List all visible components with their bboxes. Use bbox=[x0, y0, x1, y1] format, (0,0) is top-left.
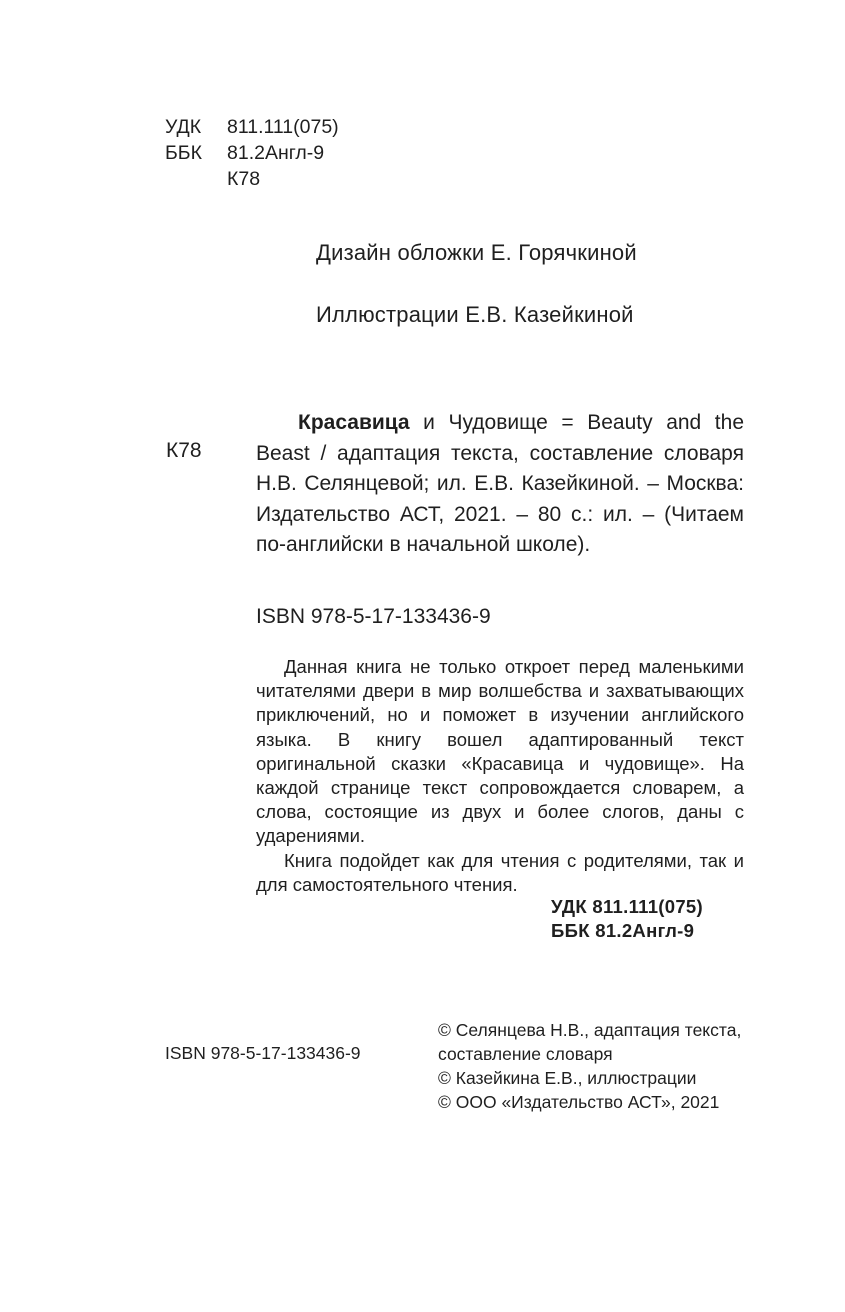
annotation-paragraph: Книга подойдет как для чтения с родителя… bbox=[256, 849, 744, 897]
copyright-notices: © Селянцева Н.В., адаптация текста, сост… bbox=[438, 1018, 741, 1114]
annotation-codes: УДК 811.111(075) ББК 81.2Англ-9 bbox=[551, 895, 703, 943]
udk-label: УДК bbox=[165, 114, 227, 140]
book-title-bold: Красавица bbox=[298, 411, 410, 434]
bbk-row: ББК 81.2Англ-9 bbox=[165, 140, 339, 166]
bbk-label: ББК bbox=[165, 140, 227, 166]
copyright-line: © Селянцева Н.В., адаптация текста, bbox=[438, 1018, 741, 1042]
bibliographic-record: Красавица и Чудовище = Beauty and the Be… bbox=[256, 408, 744, 561]
udk-value: 811.111(075) bbox=[227, 114, 339, 140]
footer-isbn: ISBN 978-5-17-133436-9 bbox=[165, 1043, 361, 1064]
illustrations-credit: Иллюстрации Е.В. Казейкиной bbox=[316, 302, 634, 328]
isbn: ISBN 978-5-17-133436-9 bbox=[256, 605, 491, 629]
annotation-udk: УДК 811.111(075) bbox=[551, 895, 703, 919]
annotation-bbk: ББК 81.2Англ-9 bbox=[551, 919, 703, 943]
classification-codes: УДК 811.111(075) ББК 81.2Англ-9 К78 bbox=[165, 114, 339, 192]
copyright-line: составление словаря bbox=[438, 1042, 741, 1066]
biblio-author-mark: К78 bbox=[166, 439, 202, 463]
author-mark-row: К78 bbox=[165, 166, 339, 192]
annotation: Данная книга не только откроет перед мал… bbox=[256, 655, 744, 897]
cover-design-credit: Дизайн обложки Е. Горячкиной bbox=[316, 240, 637, 266]
annotation-paragraph: Данная книга не только откроет перед мал… bbox=[256, 655, 744, 849]
author-mark: К78 bbox=[227, 166, 260, 192]
copyright-line: © ООО «Издательство АСТ», 2021 bbox=[438, 1090, 741, 1114]
udk-row: УДК 811.111(075) bbox=[165, 114, 339, 140]
copyright-line: © Казейкина Е.В., иллюстрации bbox=[438, 1066, 741, 1090]
bbk-value: 81.2Англ-9 bbox=[227, 140, 324, 166]
